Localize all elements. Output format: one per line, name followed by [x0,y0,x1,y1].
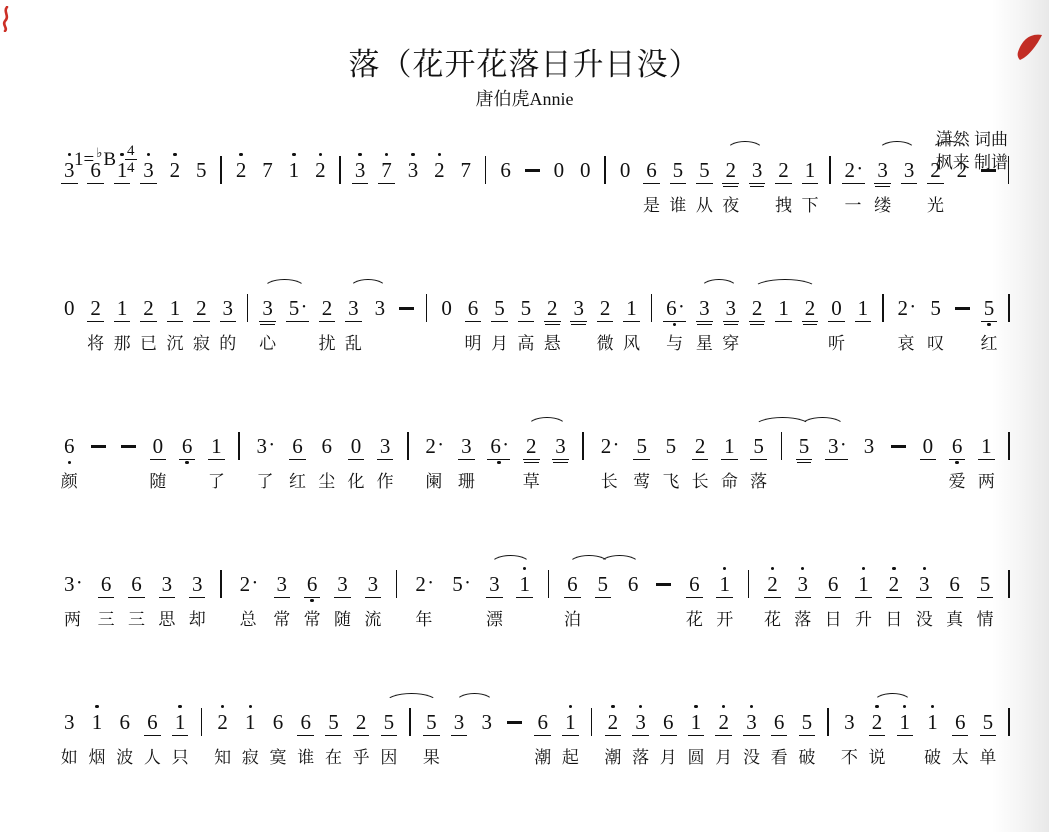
lyric-char: 果 [423,748,440,768]
lyric-char: 如 [61,748,78,768]
lyric-char: 思 [158,610,175,630]
note-token: 2知 [215,703,230,742]
notation-line-3: 6颜0随61了3•了6红6尘0化3作2•阑3珊6•2草32•长5莺5飞2长1命5… [62,414,1010,512]
lyric-char: 了 [208,472,225,492]
note-token: 6三 [99,565,114,604]
lyric-char: 没 [916,610,933,630]
augmentation-dot: • [680,302,684,313]
lyric-char: 穿 [722,334,739,354]
note-token: 6 [88,151,103,190]
high-octave-dot [411,153,414,156]
note-token: 6寞 [271,703,286,742]
low-octave-dot [68,461,71,464]
lyric-char: 与 [666,334,683,354]
rest-note: 0 [62,289,77,328]
lyric-char: 月 [491,334,508,354]
note-token: 6是 [644,151,659,190]
lyric-char: 年 [415,610,432,630]
lyric-char: 太 [952,748,969,768]
barline [829,151,831,190]
lyric-char: 日 [885,610,902,630]
low-octave-dot [310,599,313,602]
note-token: 2•总 [238,565,259,604]
lyric-char: 落 [750,472,767,492]
note-token: 3•了 [255,427,276,466]
note-token: 7 [379,151,394,190]
augmentation-dot: • [302,302,306,313]
augmentation-dot: • [504,440,508,451]
high-octave-dot [862,567,865,570]
high-octave-dot [722,705,725,708]
note-token: 5莺 [634,427,649,466]
note-token: 1风 [624,289,639,328]
note-token: 3作 [378,427,393,466]
note-token: 2 [955,151,970,190]
lyric-char: 红 [980,334,997,354]
note-token: 6看 [772,703,787,742]
note-token: 2乎 [354,703,369,742]
note-token: 5破 [800,703,815,742]
lyric-char: 单 [979,748,996,768]
lyric-char: 破 [924,748,941,768]
augmentation-dot: • [614,440,618,451]
notation-system-2: 02将1那2已1沉2寂3的3心5•2扰3乱306明5月5高2悬32微1风6•与3… [62,276,1010,374]
high-octave-dot [147,153,150,156]
note-token: 5果 [424,703,439,742]
augmentation-dot: • [858,164,862,175]
note-token: 6• [488,427,509,466]
barline [247,289,249,328]
note-token: 3落 [796,565,811,604]
note-token: 2光 [928,151,943,190]
lyric-char: 两 [978,472,995,492]
note-token: 1 [776,289,791,328]
barline [426,289,428,328]
note-token: 2微 [598,289,613,328]
lyric-char: 却 [189,610,206,630]
note-token: 2 [432,151,447,190]
note-token: 3却 [190,565,205,604]
note-token: 3 [406,151,421,190]
note-token: 1烟 [90,703,105,742]
note-token: 5月 [492,289,507,328]
high-octave-dot [903,705,906,708]
lyric-char: 化 [347,472,364,492]
lyric-char: 尘 [318,472,335,492]
lyric-char: 那 [114,334,131,354]
note-token: 1 [287,151,302,190]
note-token: 6真 [947,565,962,604]
barline [1008,565,1010,604]
lyric-char: 长 [601,472,618,492]
note-token: 1只 [173,703,188,742]
note-token: 3 [452,703,467,742]
lyric-char: 真 [946,610,963,630]
augmentation-dot: • [270,440,274,451]
note-token: 2长 [693,427,708,466]
lyric-char: 拽 [775,196,792,216]
lyric-char: 阑 [425,472,442,492]
lyric-char: 落 [632,748,649,768]
note-token: 1那 [115,289,130,328]
note-token: 6波 [117,703,132,742]
note-token: 3心 [260,289,275,328]
lyric-char: 珊 [458,472,475,492]
note-token: 3流 [366,565,381,604]
lyric-char: 起 [562,748,579,768]
note-token: 2•一 [843,151,864,190]
note-token: 2将 [88,289,103,328]
note-token: 1了 [209,427,224,466]
lyric-char: 已 [140,334,157,354]
barline [591,703,593,742]
rest-note: 0听 [829,289,844,328]
slur-arc [527,417,567,427]
lyric-char: 寞 [270,748,287,768]
lyric-char: 光 [927,196,944,216]
barline [407,427,409,466]
lyric-char: 谁 [669,196,686,216]
augmentation-dot: • [841,440,845,451]
note-token: 6花 [687,565,702,604]
lyric-char: 潮 [534,748,551,768]
barline [1008,427,1010,466]
note-token: 5因 [382,703,397,742]
slur-arc [753,279,817,289]
augmentation-dot: • [253,578,257,589]
note-token: 3 [571,289,586,328]
red-corner-mark-left [1,6,14,32]
note-token: 1开 [717,565,732,604]
lyric-char: 花 [764,610,781,630]
sheet-music-page: 落（花开花落日升日没） 唐伯虎Annie 1=♭B 4 4 潇然 词曲 枫来 制… [0,0,1049,832]
lyric-char: 一 [845,196,862,216]
lyric-char: 悬 [544,334,561,354]
note-token: 5单 [981,703,996,742]
rest-note: 0 [921,427,936,466]
duration-dash [507,703,522,742]
lyric-char: 情 [976,610,993,630]
note-token: 3 [353,151,368,190]
note-token: 3 [862,427,877,466]
barline [827,703,829,742]
duration-dash [955,289,970,328]
high-octave-dot [319,153,322,156]
lyric-char: 草 [523,472,540,492]
rest-note: 0随 [151,427,166,466]
note-token: 7 [260,151,275,190]
lyric-char: 明 [465,334,482,354]
note-token: 1两 [979,427,994,466]
high-octave-dot [750,705,753,708]
note-token: 1寂 [243,703,258,742]
high-octave-dot [694,705,697,708]
lyric-char: 是 [643,196,660,216]
note-token: 2潮 [606,703,621,742]
barline [238,427,240,466]
note-token: 2 [168,151,183,190]
lyric-char: 潮 [604,748,621,768]
rest-note: 0化 [349,427,364,466]
barline [604,151,606,190]
note-token: 2 [313,151,328,190]
high-octave-dot [95,705,98,708]
low-octave-dot [497,461,500,464]
low-octave-dot [185,461,188,464]
artist-name: 唐伯虎Annie [0,86,1049,112]
note-token: 3 [62,151,77,190]
note-token: 6谁 [298,703,313,742]
lyric-char: 谁 [297,748,314,768]
notation-line-1: 36132527123732760006是5谁5从2夜32拽1下2•一3缕32光… [62,138,1010,236]
lyric-char: 知 [214,748,231,768]
note-token: 2月 [716,703,731,742]
lyric-char: 夜 [722,196,739,216]
lyric-char: 寂 [193,334,210,354]
note-token: 1破 [925,703,940,742]
high-octave-dot [178,705,181,708]
note-token: 3不 [842,703,857,742]
slur-arc [385,693,438,703]
slur-arc [726,141,764,151]
high-octave-dot [931,705,934,708]
lyric-char: 爱 [949,472,966,492]
notation-system-5: 3如1烟6波6人1只2知1寂6寞6谁5在2乎5因5果336潮1起2潮3落6月1圆… [62,690,1010,788]
lyric-char: 人 [144,748,161,768]
lyric-char: 听 [828,334,845,354]
high-octave-dot [723,567,726,570]
note-token: 1 [898,703,913,742]
high-octave-dot [292,153,295,156]
lyric-char: 飞 [662,472,679,492]
lyric-char: 叹 [927,334,944,354]
note-token: 5在 [326,703,341,742]
duration-dash [121,427,136,466]
low-octave-dot [673,323,676,326]
lyric-char: 圆 [688,748,705,768]
duration-dash [399,289,414,328]
lyric-char: 高 [517,334,534,354]
barline [1008,289,1010,328]
lyric-char: 烟 [88,748,105,768]
note-token: 3 [902,151,917,190]
lyric-char: 从 [696,196,713,216]
note-token: 3如 [62,703,77,742]
note-token: 3没 [917,565,932,604]
note-token: 2寂 [194,289,209,328]
lyric-char: 波 [116,748,133,768]
lyric-char: 乱 [345,334,362,354]
duration-dash [981,151,996,190]
note-token: 1 [517,565,532,604]
note-token: 3落 [633,703,648,742]
note-token: 5叹 [928,289,943,328]
notation-system-4: 3•两6三6三3思3却2•总3常6常3随3流2•年5•3漂16泊566花1开2花… [62,552,1010,650]
lyric-char: 因 [380,748,397,768]
note-token: 6 [626,565,641,604]
note-token: 3 [373,289,388,328]
note-token: 2 [803,289,818,328]
duration-dash [91,427,106,466]
lyric-char: 在 [325,748,342,768]
notation-system-3: 6颜0随61了3•了6红6尘0化3作2•阑3珊6•2草32•长5莺5飞2长1命5… [62,414,1010,512]
note-token: 3星 [697,289,712,328]
note-token: 3•两 [62,565,83,604]
barline [485,151,487,190]
note-token: 2草 [524,427,539,466]
notation-line-4: 3•两6三6三3思3却2•总3常6常3随3流2•年5•3漂16泊566花1开2花… [62,552,1010,650]
lyric-char: 泊 [564,610,581,630]
lyric-char: 乎 [353,748,370,768]
lyric-char: 总 [240,610,257,630]
note-token: 3 [141,151,156,190]
lyric-char: 常 [273,610,290,630]
high-octave-dot [639,705,642,708]
note-token: 6红 [290,427,305,466]
lyric-char: 升 [855,610,872,630]
note-token: 3的 [221,289,236,328]
lyric-char: 两 [64,610,81,630]
barline [220,151,222,190]
red-corner-mark-right [1015,31,1047,63]
note-token: 5情 [978,565,993,604]
note-token: 6尘 [319,427,334,466]
note-token: 6•与 [664,289,685,328]
note-token: 5 [194,151,209,190]
high-octave-dot [221,705,224,708]
lyric-char: 星 [696,334,713,354]
high-octave-dot [385,153,388,156]
high-octave-dot [438,153,441,156]
lyric-char: 月 [715,748,732,768]
note-token: 3• [826,427,847,466]
lyric-char: 随 [334,610,351,630]
note-token: 1 [115,151,130,190]
note-token: 5飞 [664,427,679,466]
note-token: 5 [797,427,812,466]
lyric-char: 心 [259,334,276,354]
lyric-char: 红 [289,472,306,492]
high-octave-dot [875,705,878,708]
lyric-char: 作 [377,472,394,492]
note-token: 5• [287,289,308,328]
lyric-char: 落 [794,610,811,630]
high-octave-dot [173,153,176,156]
lyric-char: 日 [825,610,842,630]
notation-line-2: 02将1那2已1沉2寂3的3心5•2扰3乱306明5月5高2悬32微1风6•与3… [62,276,1010,374]
note-token: 2•长 [599,427,620,466]
note-token: 2 [750,289,765,328]
slur-arc [455,693,494,703]
slur-arc [873,693,912,703]
note-token: 1起 [563,703,578,742]
rest-note: 0 [618,151,633,190]
high-octave-dot [120,153,123,156]
lyric-char: 漂 [486,610,503,630]
note-token: 2扰 [320,289,335,328]
barline [220,565,222,604]
high-octave-dot [239,153,242,156]
slur-arc [878,141,916,151]
song-title: 落（花开花落日升日没） [0,44,1049,86]
rest-note: 0 [552,151,567,190]
notation-score: 36132527123732760006是5谁5从2夜32拽1下2•一3缕32光… [62,138,1010,788]
lyric-char: 下 [801,196,818,216]
note-token: 1 [856,289,871,328]
note-token: 3思 [160,565,175,604]
lyric-char: 颜 [61,472,78,492]
note-token: 1升 [856,565,871,604]
note-token: 3 [480,703,495,742]
note-token: 2 [234,151,249,190]
high-octave-dot [523,567,526,570]
lyric-char: 将 [87,334,104,354]
note-token: 3乱 [346,289,361,328]
lyric-char: 三 [98,610,115,630]
lyric-char: 破 [798,748,815,768]
high-octave-dot [892,567,895,570]
barline [201,703,203,742]
barline [1008,703,1010,742]
lyric-char: 开 [716,610,733,630]
note-token: 2•阑 [423,427,444,466]
lyric-char: 只 [172,748,189,768]
note-token: 6常 [305,565,320,604]
slur-arc [490,555,531,565]
high-octave-dot [569,705,572,708]
duration-dash [656,565,671,604]
note-token: 5 [596,565,611,604]
note-token: 3穿 [724,289,739,328]
high-octave-dot [923,567,926,570]
barline [582,427,584,466]
score-header: 落（花开花落日升日没） 唐伯虎Annie [0,0,1049,112]
note-token: 2花 [765,565,780,604]
note-token: 5谁 [671,151,686,190]
barline [1008,151,1010,190]
note-token: 2日 [887,565,902,604]
note-token: 5从 [697,151,712,190]
lyric-char: 缕 [874,196,891,216]
note-token: 3 [750,151,765,190]
high-octave-dot [68,153,71,156]
rest-note: 0 [578,151,593,190]
note-token: 6明 [466,289,481,328]
barline [781,427,783,466]
high-octave-dot [249,705,252,708]
barline [409,703,411,742]
note-token: 3漂 [487,565,502,604]
lyric-char: 三 [128,610,145,630]
high-octave-dot [771,567,774,570]
lyric-char: 风 [623,334,640,354]
note-token: 5红 [982,289,997,328]
note-token: 3没 [744,703,759,742]
lyric-char: 花 [686,610,703,630]
barline [651,289,653,328]
notation-system-1: 36132527123732760006是5谁5从2夜32拽1下2•一3缕32光… [62,138,1010,236]
note-token: 2悬 [545,289,560,328]
note-token: 2夜 [723,151,738,190]
slur-arc [700,279,738,289]
lyric-char: 扰 [318,334,335,354]
note-token: 2说 [870,703,885,742]
lyric-char: 微 [597,334,614,354]
augmentation-dot: • [78,578,82,589]
lyric-char: 莺 [633,472,650,492]
augmentation-dot: • [911,302,915,313]
note-token: 1沉 [168,289,183,328]
